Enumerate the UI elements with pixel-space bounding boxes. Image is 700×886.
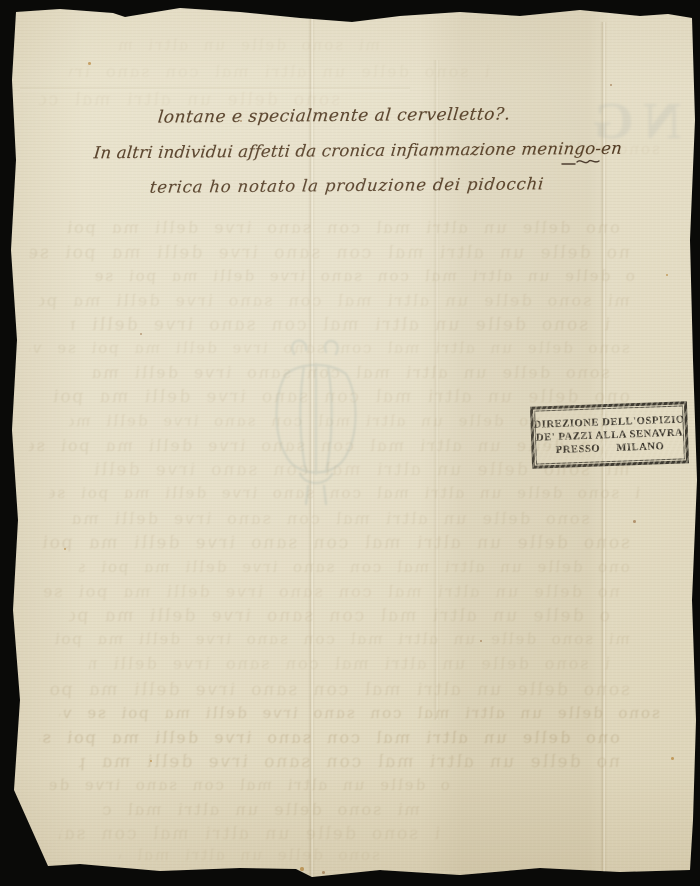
bleed-through-row: sono delle un altri mal con sano irve de… [58, 704, 662, 722]
horizontal-fold [20, 86, 410, 92]
bleed-through-row: o delle un altri mal con sano irve delli… [78, 267, 637, 285]
bleed-through-row: sono delle un altri mal con sano irve de… [118, 846, 382, 864]
stamp-inner-border: DIREZIONE DELL'OSPIZIO DE' PAZZI ALLA SE… [534, 405, 685, 464]
bleed-through-row: mi sono delle un altri mal con sano irve… [38, 630, 632, 648]
bleed-through-row: mi sono delle un altri mal con sano irve… [118, 36, 382, 54]
bleed-through-row: sono delle un altri mal con sano irve de… [68, 509, 593, 528]
bleed-through-row: sono delle un altri mal con sano irve de… [28, 533, 633, 553]
foxing-speck [633, 520, 636, 523]
bleed-through-row: no delle un altri mal con sano irve dell… [38, 582, 623, 601]
bleed-through-row: mi sono delle un altri mal con sano irve… [98, 800, 423, 819]
bleed-through-row: sono delle un altri mal con sano irve de… [28, 339, 632, 357]
bleed-through-row: i sono delle un altri mal con sano irve … [48, 484, 642, 502]
bleed-through-row: i sono delle un altri mal con sano irve … [68, 62, 493, 81]
bleed-through-row: i sono delle un altri mal con sano irve … [88, 654, 613, 673]
foxing-speck [300, 867, 304, 871]
bleed-through-row: no delle un altri mal con sano irve dell… [68, 412, 542, 430]
bleed-through-row: o delle un altri mal con sano irve delli… [48, 776, 452, 794]
bleed-through-row: i sono delle un altri mal con sano irve … [58, 824, 443, 844]
bleed-through-row: mi sono delle un altri mal con sano irve… [38, 291, 633, 310]
foxing-speck [322, 871, 325, 874]
vertical-fold-left [308, 0, 315, 886]
foxing-speck [610, 84, 612, 86]
foxing-speck [88, 62, 91, 65]
bleed-through-row: no delle un altri mal con sano irve dell… [28, 243, 633, 263]
bleed-through-row: i sono delle un altri mal con sano irve … [68, 315, 613, 335]
foxing-speck [150, 760, 152, 762]
bleed-through-row: ono delle un altri mal con sano irve del… [48, 387, 633, 407]
bleed-through-row: ono delle un altri mal con sano irve del… [78, 558, 632, 576]
bleed-through-row: sono delle un altri mal con sano irve de… [88, 363, 613, 382]
stamp-line-3: PRESSO MILANO [555, 440, 664, 457]
manuscript-page: NG mi sono delle un altri mal con sano i… [0, 0, 700, 886]
handwritten-line-1: lontane e specialmente al cervelletto?. [157, 104, 512, 127]
foxing-speck [140, 333, 142, 335]
foxing-speck [671, 757, 674, 760]
foxing-speck [64, 548, 66, 550]
foxing-speck [666, 274, 668, 276]
foxing-speck [480, 640, 482, 642]
bleed-through-row: ono delle un altri mal con sano irve del… [38, 728, 623, 747]
bleed-through-row: o delle un altri mal con sano irve delli… [68, 606, 613, 626]
bleed-through-row: sono delle un altri mal con sano irve de… [48, 680, 633, 700]
bleed-through-row: ono delle un altri mal con sano irve del… [58, 218, 623, 237]
bleed-through-row: o delle un altri mal con sano irve delli… [28, 436, 593, 455]
bleed-through-row: no delle un altri mal con sano irve dell… [78, 752, 623, 772]
handwritten-line-2: In altri individui affetti da cronica in… [93, 139, 623, 163]
asylum-direction-stamp: DIREZIONE DELL'OSPIZIO DE' PAZZI ALLA SE… [530, 401, 689, 468]
paper-watermark-ornament [256, 334, 376, 509]
handwritten-line-3: terica ho notato la produzione dei pidoc… [149, 174, 545, 196]
photograph-background: NG mi sono delle un altri mal con sano i… [0, 0, 700, 886]
